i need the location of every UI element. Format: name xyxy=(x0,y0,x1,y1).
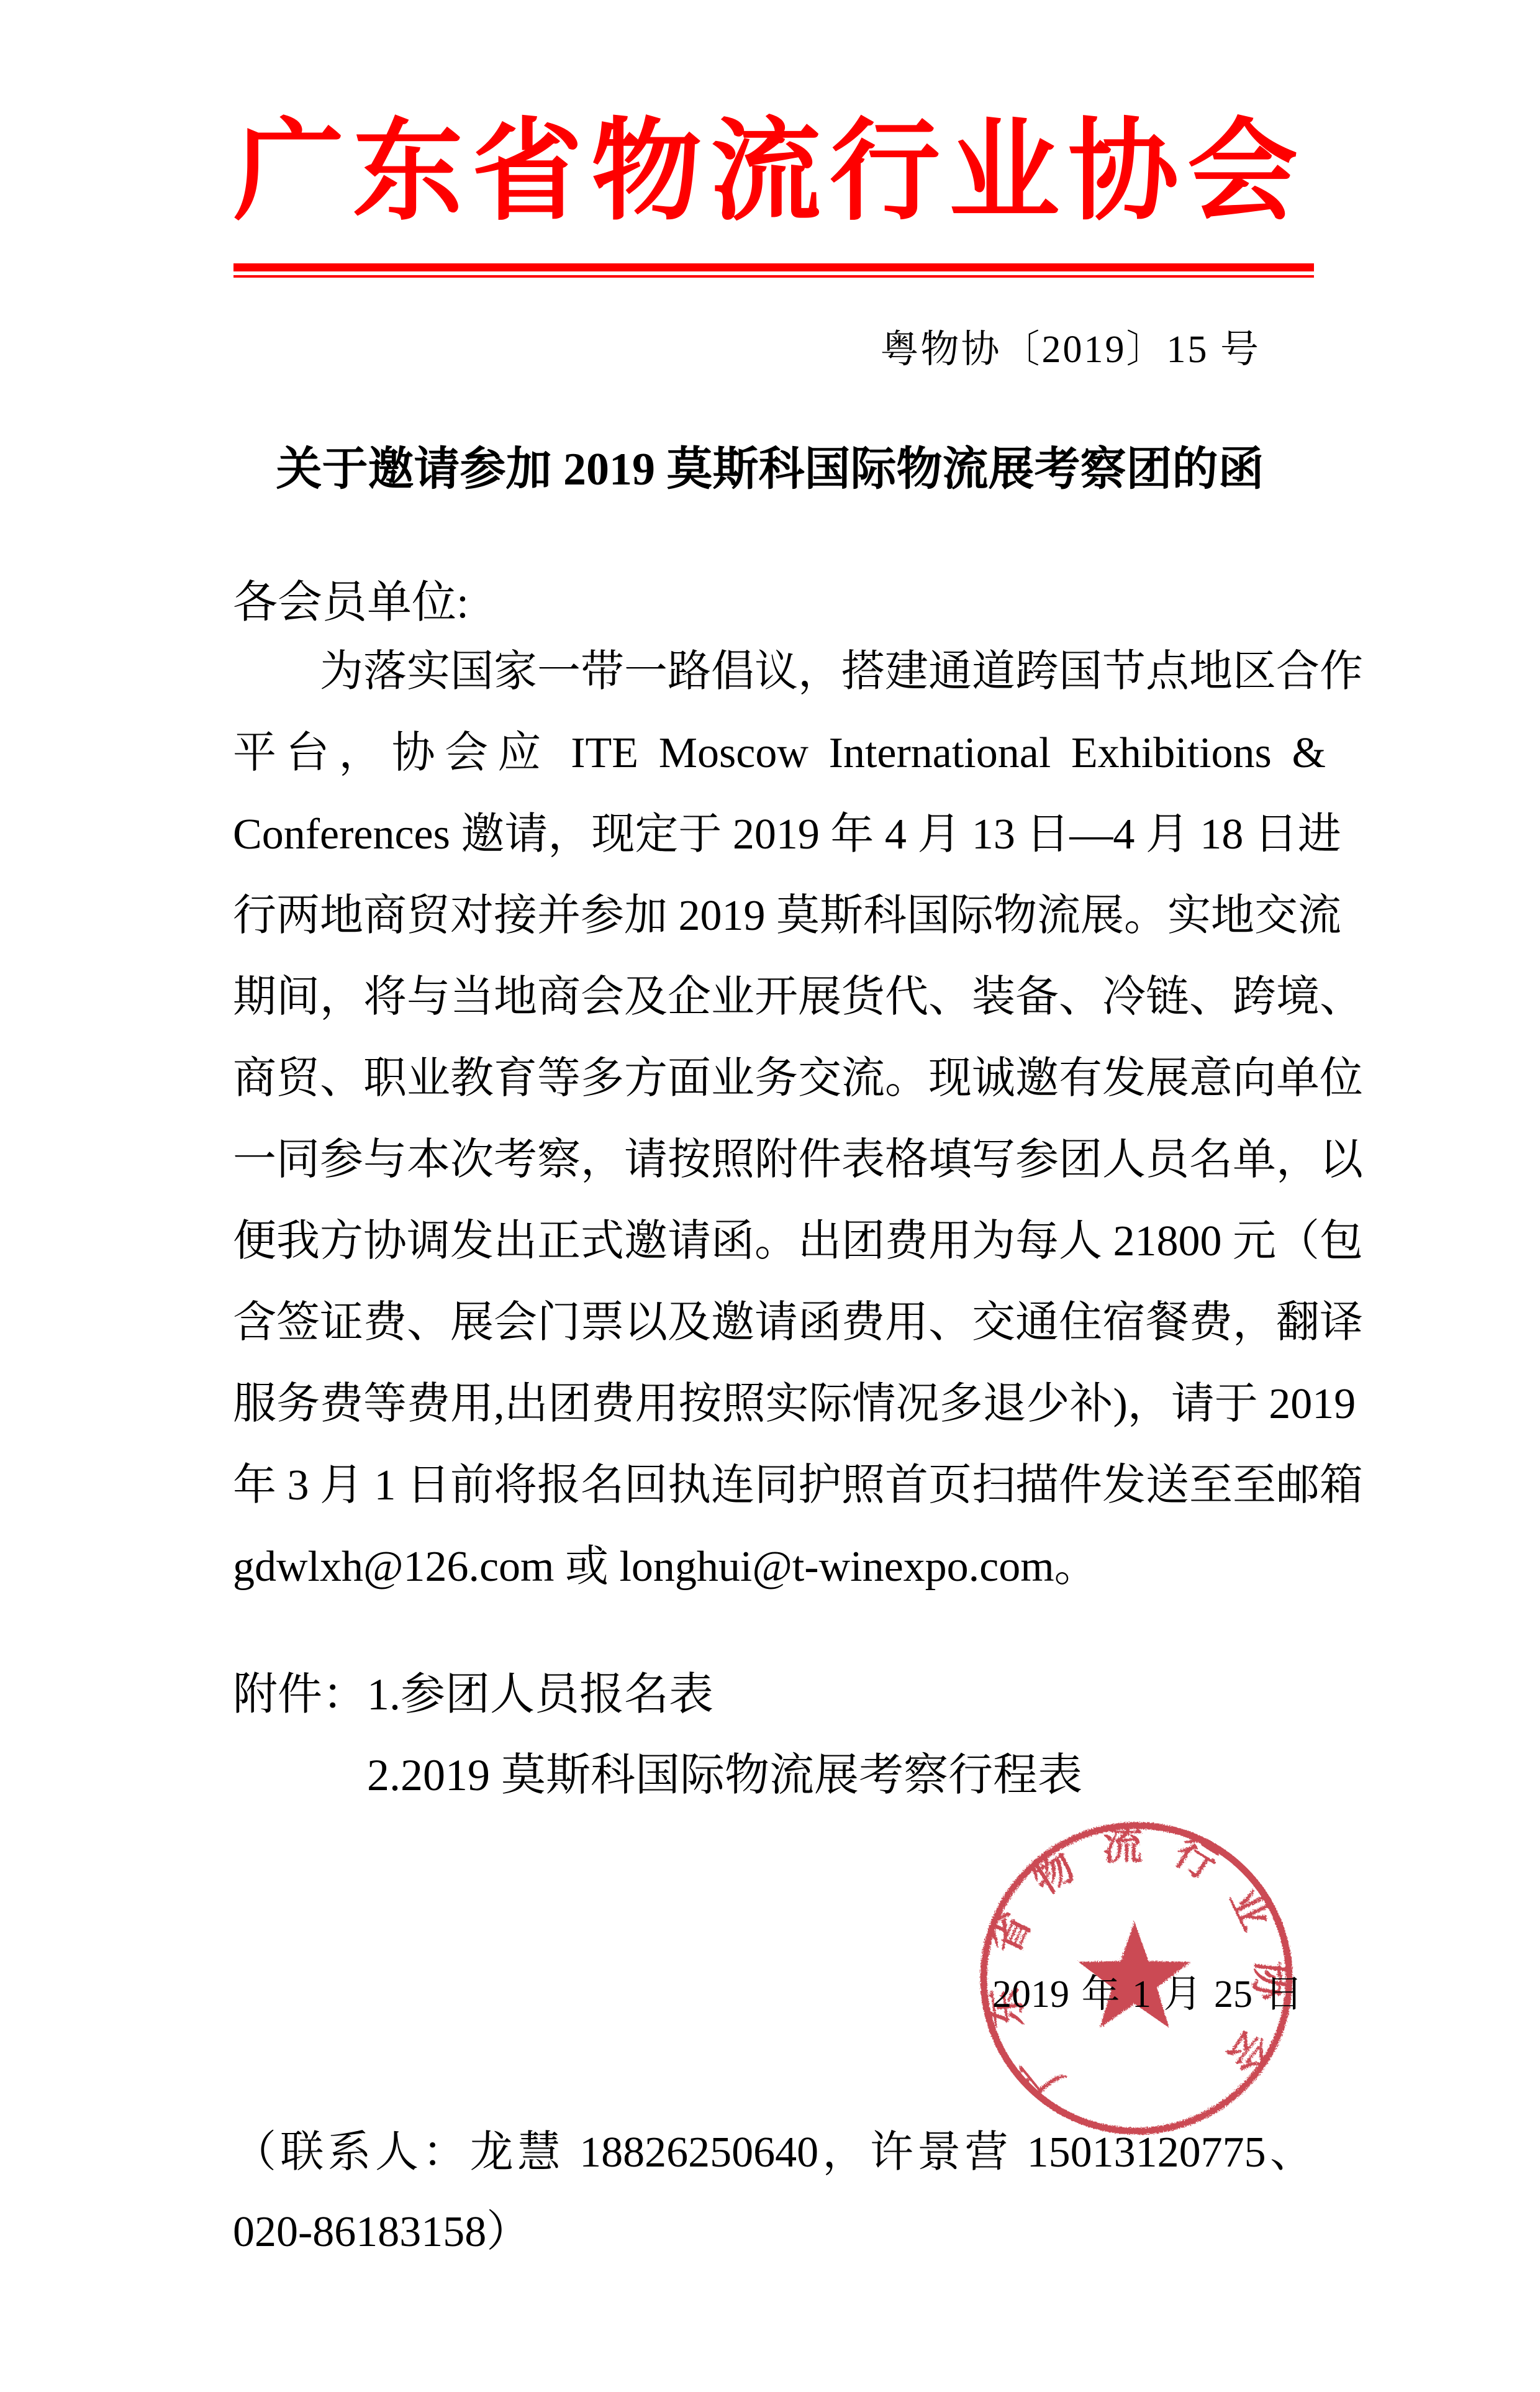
body-line: 便我方协调发出正式邀请函。出团费用为每人 21800 元（包 xyxy=(233,1201,1326,1282)
body-line: 为落实国家一带一路倡议，搭建通道跨国节点地区合作 xyxy=(233,631,1326,712)
body-line: 年 3 月 1 日前将报名回执连同护照首页扫描件发送至至邮箱 xyxy=(233,1445,1326,1526)
body-line: 服务费等费用,出团费用按照实际情况多退少补)，请于 2019 xyxy=(233,1363,1326,1445)
attachments-section: 附件：1.参团人员报名表 2.2019 莫斯科国际物流展考察行程表 xyxy=(233,1654,1326,1816)
body-line: 行两地商贸对接并参加 2019 莫斯科国际物流展。实地交流 xyxy=(233,875,1326,957)
attachment-item-2: 2.2019 莫斯科国际物流展考察行程表 xyxy=(233,1735,1326,1816)
body-line: 含签证费、展会门票以及邀请函费用、交通住宿餐费，翻译 xyxy=(233,1282,1326,1363)
letterhead-org-name: 广东省物流行业协会 xyxy=(0,104,1540,240)
body-line: gdwlxh@126.com 或 longhui@t-winexpo.com。 xyxy=(233,1526,1326,1608)
page: { "document": { "letterhead": { "org_nam… xyxy=(0,0,1540,2392)
body-line: 商贸、职业教育等多方面业务交流。现诚邀有发展意向单位 xyxy=(233,1038,1326,1119)
letterhead-divider-thick xyxy=(233,263,1314,271)
body-paragraph: 为落实国家一带一路倡议，搭建通道跨国节点地区合作 平台，协会应 ITE Mosc… xyxy=(233,631,1326,1608)
contact-info-line-1: （联系人：龙慧 18826250640，许景营 15013120775、 xyxy=(233,2113,1313,2193)
letter-title: 关于邀请参加 2019 莫斯科国际物流展考察团的函 xyxy=(0,437,1540,502)
body-line: Conferences 邀请，现定于 2019 年 4 月 13 日—4 月 1… xyxy=(233,794,1326,875)
body-line: 期间，将与当地商会及企业开展货代、装备、冷链、跨境、 xyxy=(233,957,1326,1038)
document-number: 粤物协〔2019〕15 号 xyxy=(880,325,1261,374)
body-line: 平台，协会应 ITE Moscow International Exhibiti… xyxy=(233,712,1326,794)
attachment-item-1: 附件：1.参团人员报名表 xyxy=(233,1654,1326,1735)
issue-date: 2019 年 1 月 25 日 xyxy=(992,1974,1303,2015)
contact-info: （联系人：龙慧 18826250640，许景营 15013120775、 020… xyxy=(233,2113,1313,2272)
contact-info-line-2: 020-86183158） xyxy=(233,2193,1313,2272)
letterhead-divider-thin xyxy=(233,275,1314,278)
body-line: 一同参与本次考察，请按照附件表格填写参团人员名单，以 xyxy=(233,1119,1326,1201)
